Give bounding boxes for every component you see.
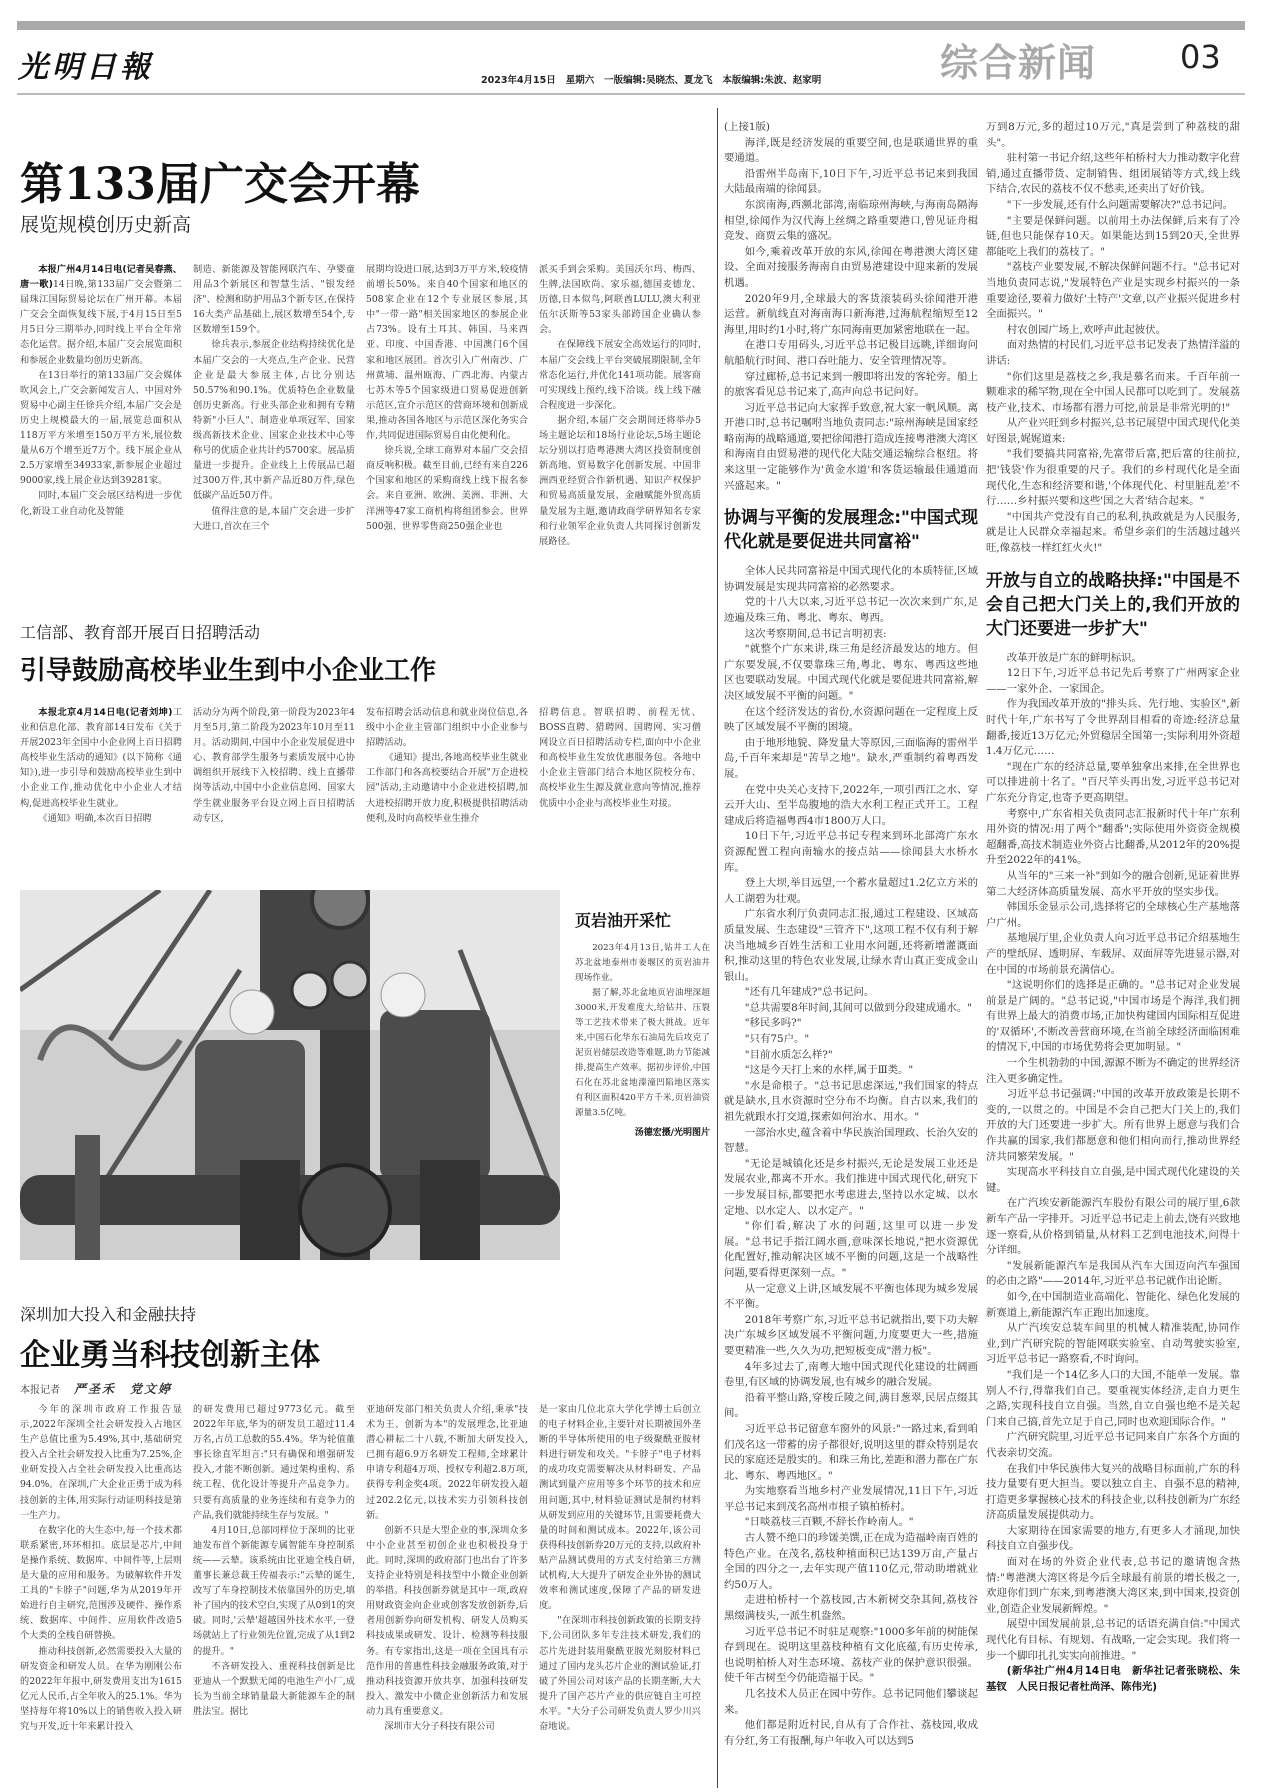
masthead-rule-right [505, 21, 1245, 30]
article2-body: 本报北京4月14日电(记者刘坤)工业和信息化部、教育部14日发布《关于开展202… [20, 705, 701, 826]
article2-col2: 活动分为两个阶段,第一阶段为2023年4月至5月,第二阶段为2023年10月至1… [193, 705, 355, 826]
article4-signature: (新华社广州4月14日电 新华社记者张晓松、朱基钗 人民日报记者杜尚泽、陈伟光) [986, 1664, 1240, 1695]
article3-kicker: 深圳加大投入和金融扶持 [20, 1302, 196, 1325]
article1-headline: 第133届广交会开幕 [20, 148, 420, 212]
article2-col3: 发布招聘会活动信息和就业岗位信息,各级中小企业主管部门组织中小企业参与招聘活动。… [366, 705, 528, 826]
news-photo [20, 890, 560, 1260]
continued-label: (上接1版) [724, 120, 978, 136]
masthead-divider [17, 93, 1245, 95]
masthead-rule-left [17, 21, 505, 30]
article4-heading-opening-up: 开放与自立的战略抉择:"中国是不会自己把大门关上的,我们开放的大门还要进一步扩大… [986, 569, 1240, 641]
article3-col2: 的研发费用已超过9773亿元。截至2022年年底,华为的研发员工超过11.4万名… [193, 1402, 355, 1734]
article3-headline: 企业勇当科技创新主体 [20, 1330, 320, 1374]
dateline: 2023年4月15日 星期六 一版编辑:吴晓杰、夏龙飞 本版编辑:朱波、赵家明 [481, 72, 821, 86]
article4-body: (上接1版) 海洋,既是经济发展的重要空间,也是联通世界的重要通道。 沿雷州半岛… [724, 120, 1240, 1785]
issue-date: 2023年4月15日 [481, 75, 556, 86]
article2-col4: 招聘信息。智联招聘、前程无忧、BOSS直聘、猎聘网、国聘网、实习僧网设立百日招聘… [539, 705, 701, 826]
article1-col4: 派买手到会采购。美国沃尔玛、梅西、生牌,法国欧尚、家乐福,德国麦德龙、历德,日本… [539, 262, 701, 549]
article2-kicker: 工信部、教育部开展百日招聘活动 [20, 620, 260, 643]
article3-col3: 亚迪研发部门相关负责人介绍,秉承"技术为王、创新为本"的发展理念,比亚迪潜心耕耘… [366, 1402, 528, 1734]
article1-subhead: 展览规模创历史新高 [20, 210, 191, 237]
article1-col3: 展期均设进口展,达到3万平方米,较疫情前增长50%。来自40个国家和地区的508… [366, 262, 528, 549]
article1-col2: 制造、新能源及智能网联汽车、孕婴童用品3个新展区和智慧生活、"银发经济"、检测和… [193, 262, 355, 549]
newspaper-logo: 光明日報 [18, 42, 154, 86]
oil-well-photo-illustration [20, 890, 560, 1260]
page-number: 03 [1180, 38, 1221, 76]
photo-caption: 页岩油开采忙 2023年4月13日,钻井工人在苏北盆地泰州市姜堰区的页岩油井现场… [575, 900, 710, 1138]
article1-body: 本报广州4月14日电(记者吴春燕、唐一歌)14日晚,第133届广交会暨第二届珠江… [20, 262, 701, 549]
photo-caption-title: 页岩油开采忙 [575, 908, 710, 931]
article1-col1: 本报广州4月14日电(记者吴春燕、唐一歌)14日晚,第133届广交会暨第二届珠江… [20, 262, 182, 549]
article2-headline: 引导鼓励高校毕业生到中小企业工作 [20, 650, 436, 687]
article3-body: 今年的深圳市政府工作报告显示,2022年深圳全社会研发投入占地区生产总值比重为5… [20, 1402, 701, 1734]
photo-caption-body: 2023年4月13日,钻井工人在苏北盆地泰州市姜堰区的页岩油井现场作业。 据了解… [575, 941, 710, 1121]
article3-col4: 是一家由几位北京大学化学博士后创立的电子材料企业,主要针对长期被国外垄断的半导体… [539, 1402, 701, 1734]
page-editors: 本版编辑:朱波、赵家明 [722, 75, 821, 86]
photo-credit: 汤德宏摄/光明图片 [575, 1125, 710, 1138]
article2-col1: 本报北京4月14日电(记者刘坤)工业和信息化部、教育部14日发布《关于开展202… [20, 705, 182, 826]
front-page-editors: 一版编辑:吴晓杰、夏龙飞 [604, 75, 712, 86]
article4-right-column: 万到8万元,多的超过10万元,"真是尝到了种荔枝的甜头"。 驻村第一书记介绍,这… [986, 120, 1240, 1785]
article3-authors: 严圣禾 党文婷 [74, 1382, 172, 1396]
column-divider [717, 108, 718, 1788]
section-title: 综合新闻 [940, 32, 1096, 87]
article4-heading-coordination: 协调与平衡的发展理念:"中国式现代化就是要促进共同富裕" [724, 506, 978, 554]
issue-weekday: 星期六 [566, 75, 595, 86]
article4-left-column: (上接1版) 海洋,既是经济发展的重要空间,也是联通世界的重要通道。 沿雷州半岛… [724, 120, 978, 1785]
article3-byline: 本报记者严圣禾 党文婷 [20, 1380, 172, 1397]
article3-col1: 今年的深圳市政府工作报告显示,2022年深圳全社会研发投入占地区生产总值比重为5… [20, 1402, 182, 1734]
